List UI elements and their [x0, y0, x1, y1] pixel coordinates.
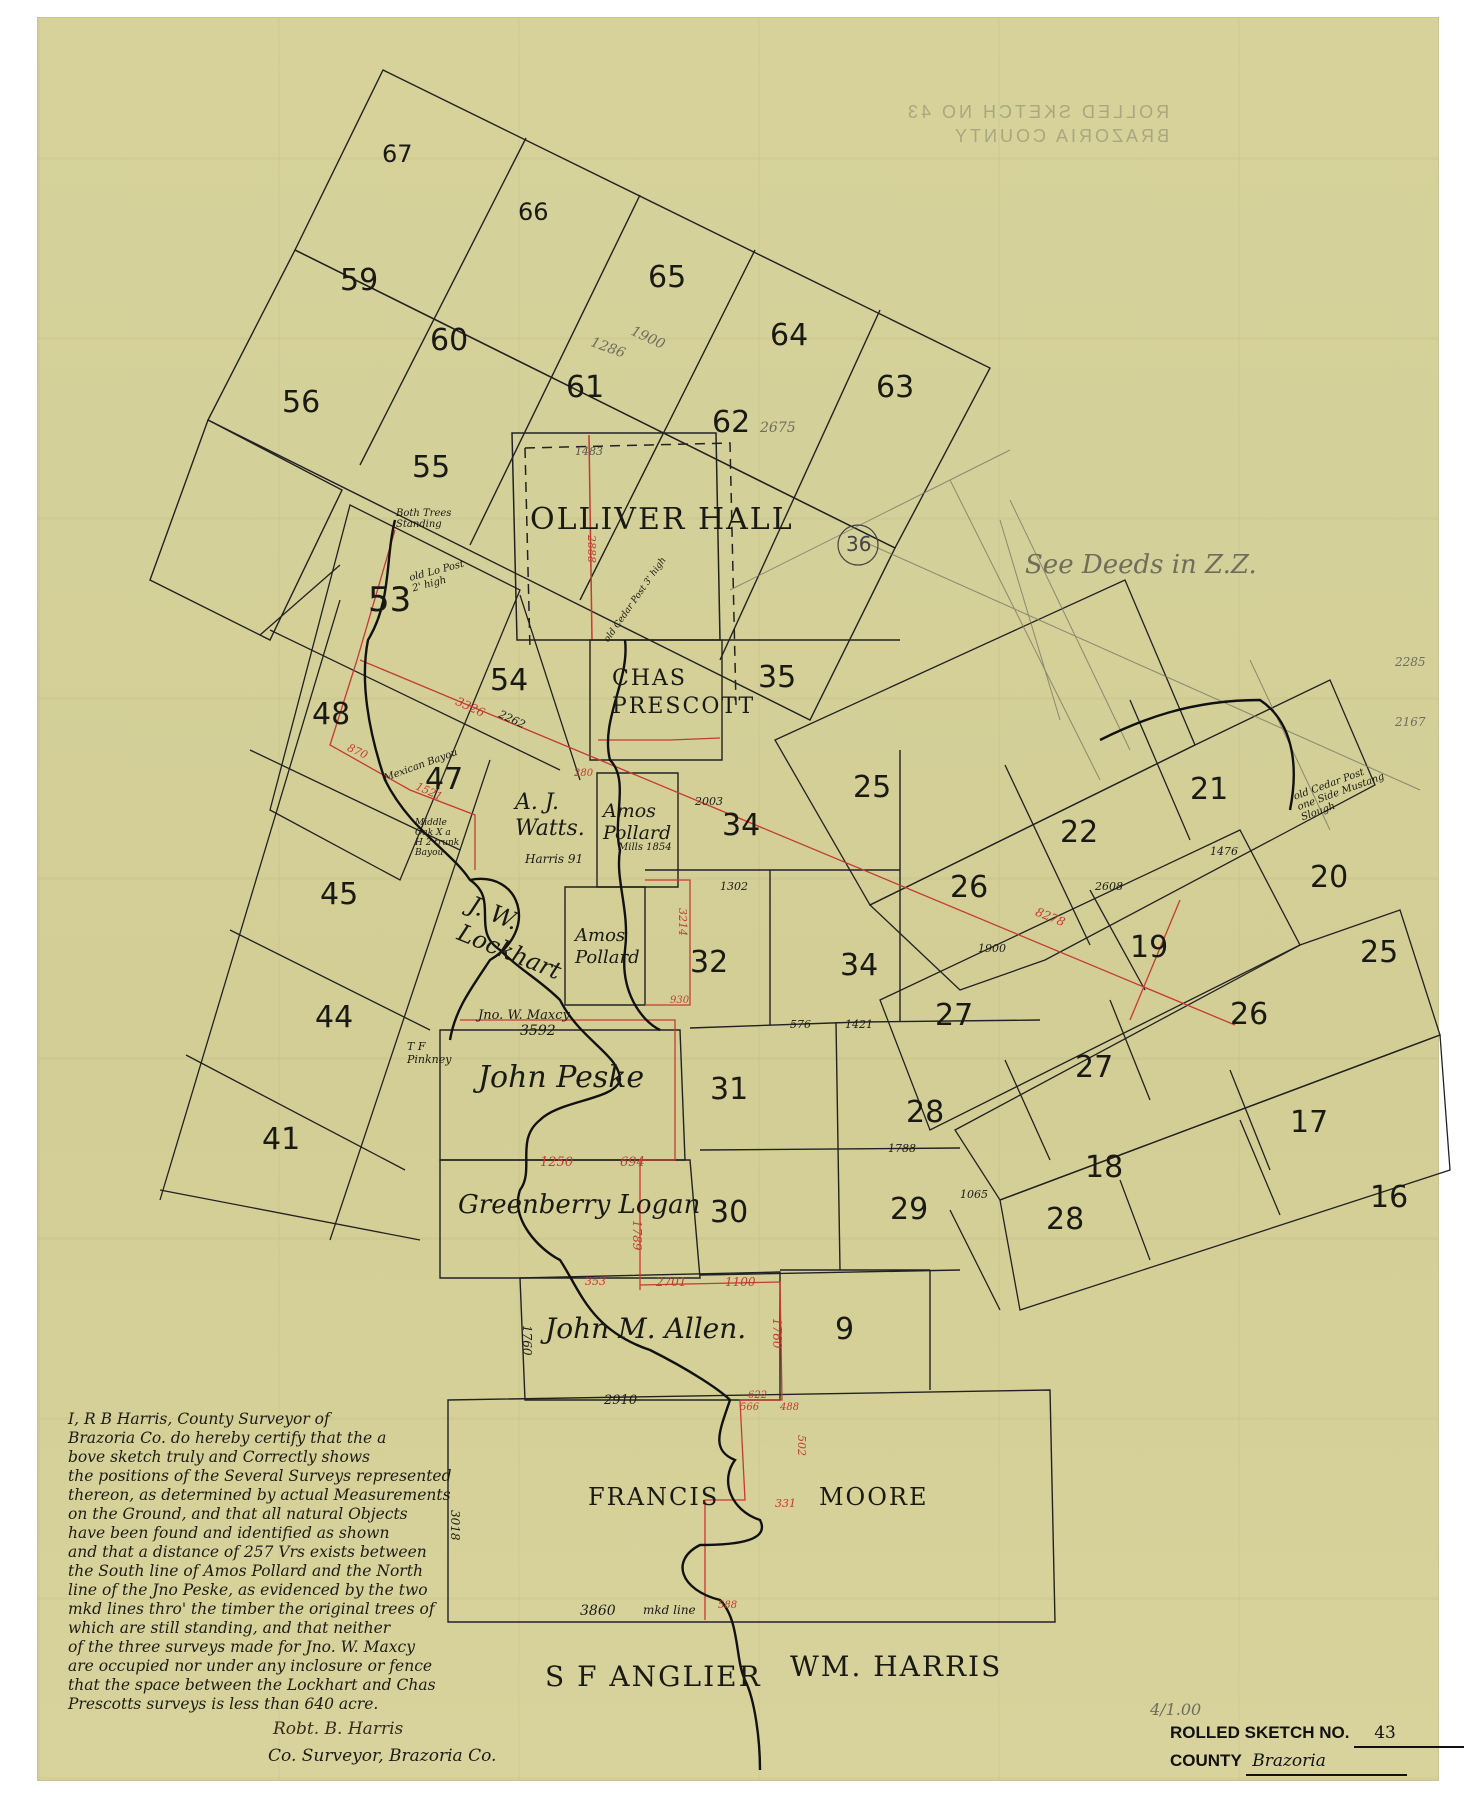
- measure-red-502: 502: [795, 1435, 808, 1456]
- section-32: 32: [690, 945, 728, 980]
- section-26-a: 26: [950, 870, 988, 905]
- measure-red-280: 280: [574, 768, 593, 779]
- section-64: 64: [770, 318, 808, 353]
- measure-mkd-line: mkd line: [643, 1603, 696, 1617]
- survey-jno-w-maxcy: Jno. W. Maxcy: [478, 1008, 570, 1023]
- section-18: 18: [1085, 1150, 1123, 1185]
- measure-2910: 2910: [604, 1393, 637, 1408]
- survey-tf-pinkney: T F Pinkney: [407, 1040, 447, 1066]
- measure-pencil-2675: 2675: [760, 420, 796, 436]
- note-see-deeds: See Deeds in Z.Z.: [1025, 550, 1257, 580]
- section-33: 34: [840, 948, 878, 983]
- section-55: 55: [412, 450, 450, 485]
- surveyor-title: Co. Surveyor, Brazoria Co.: [68, 1747, 488, 1766]
- surveyor-certificate: I, R B Harris, County Surveyor of Brazor…: [68, 1410, 488, 1766]
- measure-red-1789: 1789: [630, 1220, 644, 1251]
- section-16: 16: [1370, 1180, 1408, 1215]
- section-62: 62: [712, 405, 750, 440]
- rolled-sketch-stamp: ROLLED SKETCH NO. 43 COUNTY Brazoria: [1170, 1720, 1464, 1776]
- survey-olliver-hall: OLLIVER HALL: [530, 502, 794, 537]
- certificate-line: Brazoria Co. do hereby certify that the …: [68, 1429, 488, 1448]
- section-20: 20: [1310, 860, 1348, 895]
- measure-1476: 1476: [1210, 845, 1238, 858]
- section-31: 31: [710, 1072, 748, 1107]
- measure-red-3214: 3214: [676, 908, 689, 936]
- certificate-line: that the space between the Lockhart and …: [68, 1676, 488, 1695]
- measure-red-588: 588: [718, 1600, 737, 1611]
- survey-amos-pollard-south: Amos Pollard: [575, 925, 650, 969]
- measure-red-2888: 2888: [585, 535, 598, 563]
- central-surveys: [440, 640, 1055, 1622]
- section-17: 17: [1290, 1105, 1328, 1140]
- section-60: 60: [430, 323, 468, 358]
- section-35: 35: [758, 660, 796, 695]
- section-21: 21: [1190, 772, 1228, 807]
- section-28-b: 28: [1046, 1202, 1084, 1237]
- survey-aj-watts: A. J. Watts.: [515, 790, 585, 842]
- pencil-price-note: 4/1.00: [1150, 1700, 1201, 1719]
- measure-1483: 1483: [575, 445, 603, 458]
- section-67: 67: [382, 140, 413, 168]
- section-53: 53: [368, 580, 411, 620]
- section-63: 63: [876, 370, 914, 405]
- section-19: 19: [1130, 930, 1168, 965]
- measure-red-622: 622: [748, 1390, 767, 1401]
- section-61: 61: [566, 370, 604, 405]
- section-22: 22: [1060, 815, 1098, 850]
- river-bayou: [365, 520, 1294, 1770]
- measure-red-2701: 2701: [656, 1275, 687, 1289]
- section-48: 48: [312, 697, 350, 732]
- ghost-stamp-bleedthrough: ROLLED SKETCH NO 43 BRAZORIA COUNTY: [905, 100, 1169, 148]
- county-label: COUNTY: [1170, 1751, 1241, 1770]
- section-9: 9: [835, 1312, 854, 1347]
- section-25-a: 25: [853, 770, 891, 805]
- section-26-b: 26: [1230, 997, 1268, 1032]
- measure-1065: 1065: [960, 1188, 988, 1201]
- certificate-line: mkd lines thro' the timber the original …: [68, 1600, 488, 1619]
- section-41: 41: [262, 1122, 300, 1157]
- note-harris-91: Harris 91: [525, 852, 583, 866]
- survey-amos-pollard-north: Amos Pollard: [603, 800, 678, 844]
- measure-692: 2003: [695, 795, 723, 808]
- section-59: 59: [340, 263, 378, 298]
- measure-1302: 576: [790, 1018, 811, 1031]
- section-56: 56: [282, 385, 320, 420]
- measure-1401: 1302: [720, 880, 748, 893]
- note-both-trees: Both Trees Standing: [396, 508, 466, 530]
- measure-red-1100: 1100: [725, 1275, 756, 1289]
- measure-red-1760: 1760: [770, 1318, 784, 1349]
- survey-john-m-allen: John M. Allen.: [545, 1312, 746, 1345]
- survey-john-peske: John Peske: [478, 1060, 644, 1095]
- certificate-line: the positions of the Several Surveys rep…: [68, 1467, 488, 1486]
- note-mills-1854: Mills 1854: [618, 842, 672, 853]
- section-65: 65: [648, 260, 686, 295]
- measure-red-930: 930: [670, 995, 689, 1006]
- measure-red-694: 694: [620, 1155, 645, 1170]
- measure-1760: 1760: [520, 1325, 534, 1356]
- measure-3592-north: 3592: [520, 1023, 556, 1039]
- sketch-number: 43: [1354, 1720, 1464, 1748]
- measure-pencil-2167: 2167: [1395, 715, 1426, 729]
- measure-red-566: 566: [740, 1402, 759, 1413]
- measure-2608: 2608: [1095, 880, 1123, 893]
- certificate-line: the South line of Amos Pollard and the N…: [68, 1562, 488, 1581]
- certificate-line: have been found and identified as shown: [68, 1524, 488, 1543]
- section-27-b: 27: [1075, 1050, 1113, 1085]
- section-30: 30: [710, 1195, 748, 1230]
- sketch-label: ROLLED SKETCH NO.: [1170, 1723, 1349, 1742]
- section-44: 44: [315, 1000, 353, 1035]
- section-66: 66: [518, 198, 549, 226]
- certificate-line: bove sketch truly and Correctly shows: [68, 1448, 488, 1467]
- survey-sf-angier: S F ANGLIER: [545, 1660, 762, 1693]
- survey-greenberry-logan: Greenberry Logan: [458, 1190, 700, 1220]
- measure-1421: 1421: [845, 1018, 873, 1031]
- measure-red-488: 488: [780, 1402, 799, 1413]
- section-27-a: 27: [935, 998, 973, 1033]
- certificate-line: which are still standing, and that neith…: [68, 1619, 488, 1638]
- measure-1900: 1900: [978, 942, 1006, 955]
- note-middle-oak: Middle Oak X a H 2 trunk Bayou: [415, 818, 460, 858]
- certificate-line: and that a distance of 257 Vrs exists be…: [68, 1543, 488, 1562]
- certificate-line: I, R B Harris, County Surveyor of: [68, 1410, 488, 1429]
- certificate-line: thereon, as determined by actual Measure…: [68, 1486, 488, 1505]
- survey-wm-harris: WM. HARRIS: [790, 1650, 1002, 1683]
- surveyor-signature: Robt. B. Harris: [68, 1720, 488, 1739]
- certificate-line: line of the Jno Peske, as evidenced by t…: [68, 1581, 488, 1600]
- county-value: Brazoria: [1246, 1748, 1407, 1776]
- survey-chas-prescott: CHAS PRESCOTT: [612, 665, 722, 721]
- measure-1788: 1788: [888, 1142, 916, 1155]
- certificate-line: on the Ground, and that all natural Obje…: [68, 1505, 488, 1524]
- measure-3860: 3860: [580, 1603, 616, 1619]
- section-54: 54: [490, 663, 528, 698]
- survey-francis-moore: FRANCIS MOORE: [588, 1483, 928, 1511]
- eastern-sections-grid: [775, 580, 1450, 1310]
- section-28-a: 28: [906, 1095, 944, 1130]
- measure-red-1250: 1250: [540, 1155, 573, 1170]
- section-25-b: 25: [1360, 935, 1398, 970]
- section-36: 36: [846, 532, 871, 556]
- section-34: 34: [722, 808, 760, 843]
- certificate-line: are occupied nor under any inclosure or …: [68, 1657, 488, 1676]
- section-45: 45: [320, 877, 358, 912]
- measure-pencil-2285: 2285: [1395, 655, 1426, 669]
- certificate-line: Prescotts surveys is less than 640 acre.: [68, 1695, 488, 1714]
- measure-red-353: 353: [585, 1275, 606, 1288]
- measure-red-331: 331: [775, 1497, 796, 1510]
- certificate-line: of the three surveys made for Jno. W. Ma…: [68, 1638, 488, 1657]
- section-29: 29: [890, 1192, 928, 1227]
